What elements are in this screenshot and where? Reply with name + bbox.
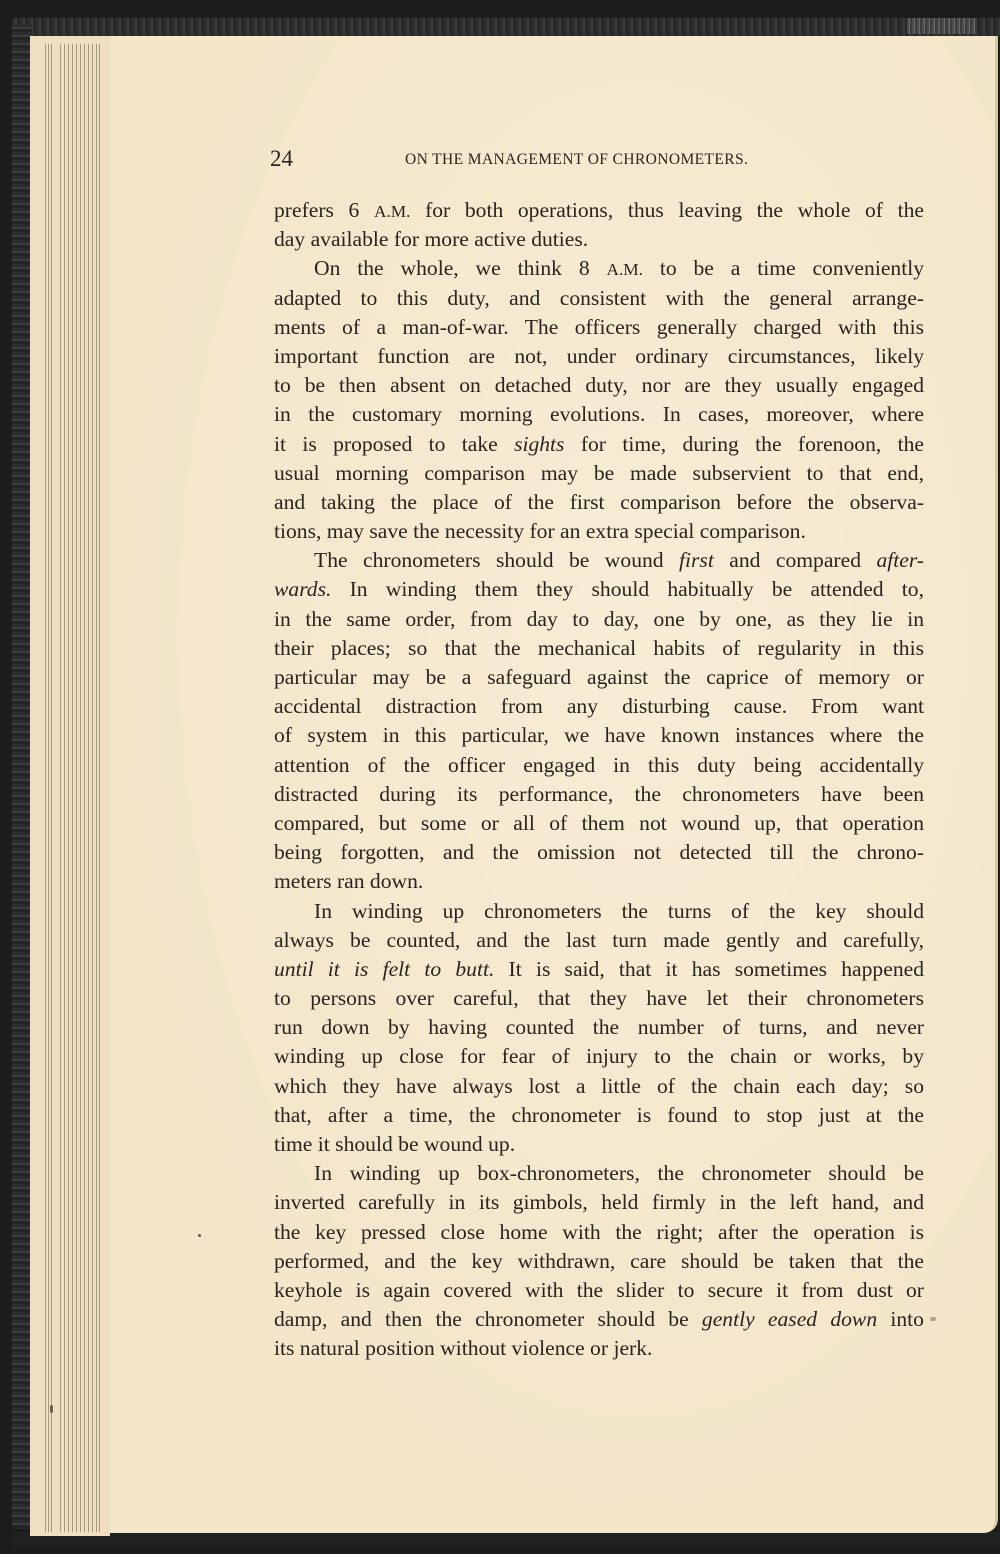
text-run: of system in this particular, we have kn…	[274, 723, 924, 747]
text-run: tions, may save the necessity for an ext…	[274, 519, 806, 543]
page-edge-line	[72, 44, 73, 1532]
text-run: particular may be a safeguard against th…	[274, 665, 924, 689]
text-run: for both operations, thus leaving the wh…	[410, 198, 924, 222]
text-line: in the same order, from day to day, one …	[274, 605, 924, 634]
text-line: winding up close for fear of injury to t…	[274, 1042, 924, 1071]
text-run: time it should be wound up.	[274, 1132, 515, 1156]
text-line: particular may be a safeguard against th…	[274, 663, 924, 692]
text-run: into	[877, 1307, 924, 1331]
text-run: In winding up box-chronometers, the chro…	[314, 1161, 924, 1185]
text-run: compared, but some or all of them not wo…	[274, 811, 924, 835]
text-line: compared, but some or all of them not wo…	[274, 809, 924, 838]
text-line: to be then absent on detached duty, nor …	[274, 371, 924, 400]
text-run: distracted during its performance, the c…	[274, 782, 924, 806]
text-line: until it is felt to butt. It is said, th…	[274, 955, 924, 984]
text-run: and compared	[714, 548, 877, 572]
text-run: ments of a man-of-war. The officers gene…	[274, 315, 924, 339]
text-line: being forgotten, and the omission not de…	[274, 838, 924, 867]
text-run: its natural position without violence or…	[274, 1336, 652, 1360]
text-run: important function are not, under ordina…	[274, 344, 924, 368]
text-line: attention of the officer engaged in this…	[274, 751, 924, 780]
text-run: the key pressed close home with the righ…	[274, 1220, 924, 1244]
cover-bottom-edge	[12, 1532, 1000, 1546]
small-caps-run: A.M.	[607, 260, 643, 279]
text-run: damp, and then the chronometer should be	[274, 1307, 702, 1331]
text-run: for time, during the forenoon, the	[564, 432, 924, 456]
text-run: keyhole is again covered with the slider…	[274, 1278, 924, 1302]
text-run: day available for more active duties.	[274, 227, 588, 251]
text-line: ments of a man-of-war. The officers gene…	[274, 313, 924, 342]
page-edge-line	[76, 44, 77, 1532]
text-run: The chronometers should be wound	[314, 548, 679, 572]
page-stack-edges	[30, 36, 110, 1536]
text-run: It is said, that it has sometimes happen…	[494, 957, 924, 981]
page-edge-line	[51, 44, 52, 1532]
text-run: that, after a time, the chronometer is f…	[274, 1103, 924, 1127]
text-line: tions, may save the necessity for an ext…	[274, 517, 924, 546]
text-line: usual morning comparison may be made sub…	[274, 459, 924, 488]
text-run: run down by having counted the number of…	[274, 1015, 924, 1039]
text-run: adapted to this duty, and consistent wit…	[274, 286, 924, 310]
text-line: time it should be wound up.	[274, 1130, 924, 1159]
cover-top-edge	[12, 18, 1000, 36]
text-run: being forgotten, and the omission not de…	[274, 840, 924, 864]
ink-speck	[50, 1405, 53, 1413]
text-run: winding up close for fear of injury to t…	[274, 1044, 924, 1068]
page-edge-line	[80, 44, 81, 1532]
page-edge-line	[99, 44, 100, 1532]
ink-speck	[198, 1234, 201, 1237]
text-run: and taking the place of the first compar…	[274, 490, 924, 514]
page-edge-line	[45, 44, 46, 1532]
italic-run: wards.	[274, 577, 331, 601]
text-line: meters ran down.	[274, 867, 924, 896]
running-title: ON THE MANAGEMENT OF CHRONOMETERS.	[405, 151, 748, 169]
body-text: prefers 6 A.M. for both operations, thus…	[274, 196, 924, 1364]
text-line: run down by having counted the number of…	[274, 1013, 924, 1042]
text-run: it is proposed to take	[274, 432, 514, 456]
cover-shine	[907, 18, 977, 34]
text-run: in the customary morning evolutions. In …	[274, 402, 924, 426]
page-number: 24	[270, 146, 293, 172]
text-line: keyhole is again covered with the slider…	[274, 1276, 924, 1305]
text-run: usual morning comparison may be made sub…	[274, 461, 924, 485]
text-run: accidental distraction from any disturbi…	[274, 694, 924, 718]
text-line: always be counted, and the last turn mad…	[274, 926, 924, 955]
text-line: it is proposed to take sights for time, …	[274, 430, 924, 459]
text-run: On the whole, we think 8	[314, 256, 607, 280]
page-edge-line	[84, 44, 85, 1532]
text-line: in the customary morning evolutions. In …	[274, 400, 924, 429]
small-caps-run: A.M.	[374, 202, 410, 221]
page-edge-line	[96, 44, 97, 1532]
text-line: that, after a time, the chronometer is f…	[274, 1101, 924, 1130]
italic-run: first	[679, 548, 714, 572]
text-line: damp, and then the chronometer should be…	[274, 1305, 924, 1334]
cover-spine-edge	[12, 24, 32, 1529]
text-line: to persons over careful, that they have …	[274, 984, 924, 1013]
text-line: day available for more active duties.	[274, 225, 924, 254]
text-line: The chronometers should be wound first a…	[274, 546, 924, 575]
italic-run: after-	[876, 548, 924, 572]
text-line: performed, and the key withdrawn, care s…	[274, 1247, 924, 1276]
italic-run: gently eased down	[702, 1307, 877, 1331]
text-line: prefers 6 A.M. for both operations, thus…	[274, 196, 924, 225]
text-run: In winding them they should habitually b…	[331, 577, 924, 601]
text-line: of system in this particular, we have kn…	[274, 721, 924, 750]
text-run: to persons over careful, that they have …	[274, 986, 924, 1010]
text-line: important function are not, under ordina…	[274, 342, 924, 371]
text-run: In winding up chronometers the turns of …	[314, 899, 924, 923]
text-run: which they have always lost a little of …	[274, 1074, 924, 1098]
text-line: inverted carefully in its gimbols, held …	[274, 1188, 924, 1217]
text-line: adapted to this duty, and consistent wit…	[274, 284, 924, 313]
text-line: distracted during its performance, the c…	[274, 780, 924, 809]
ink-speck	[930, 1317, 936, 1321]
text-run: performed, and the key withdrawn, care s…	[274, 1249, 924, 1273]
page-edge-line	[92, 44, 93, 1532]
text-run: attention of the officer engaged in this…	[274, 753, 924, 777]
text-run: to be a time conveniently	[643, 256, 924, 280]
text-run: their places; so that the mechanical hab…	[274, 636, 924, 660]
text-line: In winding up chronometers the turns of …	[274, 897, 924, 926]
text-run: always be counted, and the last turn mad…	[274, 928, 924, 952]
text-line: wards. In winding them they should habit…	[274, 575, 924, 604]
text-run: in the same order, from day to day, one …	[274, 607, 924, 631]
page-edge-line	[60, 44, 61, 1532]
italic-run: until it is felt to butt.	[274, 957, 494, 981]
text-line: On the whole, we think 8 A.M. to be a ti…	[274, 254, 924, 283]
text-line: its natural position without violence or…	[274, 1334, 924, 1363]
text-line: In winding up box-chronometers, the chro…	[274, 1159, 924, 1188]
running-head: 24 ON THE MANAGEMENT OF CHRONOMETERS.	[270, 146, 930, 176]
page-edge-line	[64, 44, 65, 1532]
text-run: to be then absent on detached duty, nor …	[274, 373, 924, 397]
italic-run: sights	[514, 432, 564, 456]
text-line: accidental distraction from any disturbi…	[274, 692, 924, 721]
page-edge-line	[48, 44, 49, 1532]
text-run: prefers 6	[274, 198, 374, 222]
text-line: which they have always lost a little of …	[274, 1072, 924, 1101]
page-edge-line	[88, 44, 89, 1532]
text-run: inverted carefully in its gimbols, held …	[274, 1190, 924, 1214]
page-edge-line	[68, 44, 69, 1532]
text-line: the key pressed close home with the righ…	[274, 1218, 924, 1247]
text-line: their places; so that the mechanical hab…	[274, 634, 924, 663]
text-line: and taking the place of the first compar…	[274, 488, 924, 517]
text-run: meters ran down.	[274, 869, 423, 893]
